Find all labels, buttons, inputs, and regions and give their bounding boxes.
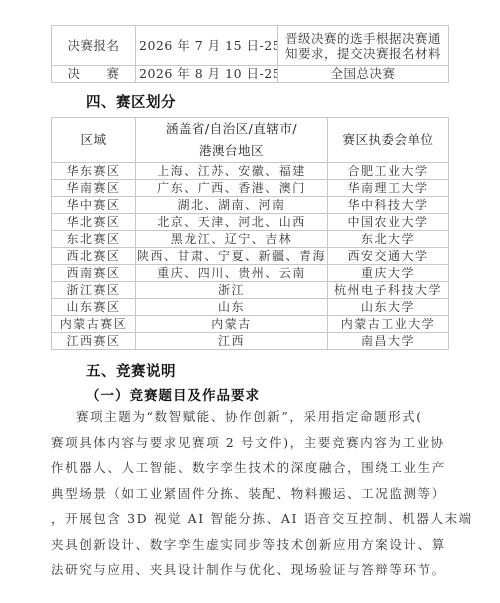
region-cell: 浙江赛区 xyxy=(52,282,136,299)
date-cell: 2026 年 8 月 10 日-25 日 xyxy=(136,66,278,83)
region-cell: 华中赛区 xyxy=(52,197,136,214)
note-cell: 全国总决赛 xyxy=(278,66,449,83)
table-row: 山东赛区 山东 山东大学 xyxy=(52,299,449,316)
column-header-region: 区域 xyxy=(52,118,136,163)
schedule-table: 决赛报名 2026 年 7 月 15 日-25 日 晋级决赛的选手根据决赛通知要… xyxy=(51,25,449,83)
stage-cell: 决赛报名 xyxy=(52,26,136,66)
coverage-cell: 山东 xyxy=(136,299,328,316)
date-cell: 2026 年 7 月 15 日-25 日 xyxy=(136,26,278,66)
region-cell: 东北赛区 xyxy=(52,231,136,248)
region-cell: 山东赛区 xyxy=(52,299,136,316)
table-row: 华东赛区 上海、江苏、安徽、福建 合肥工业大学 xyxy=(52,163,449,180)
committee-cell: 内蒙古工业大学 xyxy=(328,316,449,333)
coverage-cell: 黑龙江、辽宁、吉林 xyxy=(136,231,328,248)
stage-cell: 决 赛 xyxy=(52,66,136,83)
paragraph-line: 夹具创新设计、数字孪生虚实同步等技术创新应用方案设计、算 xyxy=(51,532,451,558)
coverage-cell: 北京、天津、河北、山西 xyxy=(136,214,328,231)
coverage-header-line1: 涵盖省/自治区/直辖市/ xyxy=(136,118,327,140)
column-header-committee: 赛区执委会单位 xyxy=(328,118,449,163)
region-cell: 西北赛区 xyxy=(52,248,136,265)
table-row: 华北赛区 北京、天津、河北、山西 中国农业大学 xyxy=(52,214,449,231)
table-row: 西北赛区 陕西、甘肃、宁夏、新疆、青海 西安交通大学 xyxy=(52,248,449,265)
coverage-cell: 内蒙古 xyxy=(136,316,328,333)
committee-cell: 合肥工业大学 xyxy=(328,163,449,180)
coverage-cell: 广东、广西、香港、澳门 xyxy=(136,180,328,197)
table-row: 内蒙古赛区 内蒙古 内蒙古工业大学 xyxy=(52,316,449,333)
table-header-row: 区域 涵盖省/自治区/直辖市/ 港澳台地区 赛区执委会单位 xyxy=(52,118,449,163)
committee-cell: 重庆大学 xyxy=(328,265,449,282)
region-cell: 西南赛区 xyxy=(52,265,136,282)
committee-cell: 华南理工大学 xyxy=(328,180,449,197)
coverage-cell: 江西 xyxy=(136,333,328,350)
coverage-header-line2: 港澳台地区 xyxy=(136,140,327,162)
region-cell: 华东赛区 xyxy=(52,163,136,180)
paragraph-line: 法研究与应用、夹具设计制作与优化、现场验证与答辩等环节。 xyxy=(51,557,451,583)
table-row: 东北赛区 黑龙江、辽宁、吉林 东北大学 xyxy=(52,231,449,248)
subsection-heading-topics: （一）竞赛题目及作品要求 xyxy=(86,384,260,404)
table-row: 华中赛区 湖北、湖南、河南 华中科技大学 xyxy=(52,197,449,214)
table-row: 华南赛区 广东、广西、香港、澳门 华南理工大学 xyxy=(52,180,449,197)
paragraph-line: 赛项主题为“数智赋能、协作创新”，采用指定命题形式( xyxy=(51,404,451,430)
table-row: 决赛报名 2026 年 7 月 15 日-25 日 晋级决赛的选手根据决赛通知要… xyxy=(52,26,449,66)
committee-cell: 山东大学 xyxy=(328,299,449,316)
body-paragraph: 赛项主题为“数智赋能、协作创新”，采用指定命题形式( 赛项具体内容与要求见赛项 … xyxy=(51,404,451,583)
paragraph-line: 典型场景（如工业紧固件分拣、装配、物料搬运、工况监测等） xyxy=(51,481,451,507)
coverage-cell: 浙江 xyxy=(136,282,328,299)
coverage-cell: 湖北、湖南、河南 xyxy=(136,197,328,214)
section-heading-regions: 四、赛区划分 xyxy=(86,91,176,112)
paragraph-line: 赛项具体内容与要求见赛项 2 号文件)，主要竞赛内容为工业协 xyxy=(51,430,451,456)
table-row: 决 赛 2026 年 8 月 10 日-25 日 全国总决赛 xyxy=(52,66,449,83)
region-cell: 华北赛区 xyxy=(52,214,136,231)
table-row: 江西赛区 江西 南昌大学 xyxy=(52,333,449,350)
committee-cell: 东北大学 xyxy=(328,231,449,248)
region-cell: 内蒙古赛区 xyxy=(52,316,136,333)
committee-cell: 南昌大学 xyxy=(328,333,449,350)
section-heading-competition-notes: 五、竞赛说明 xyxy=(86,360,176,381)
table-row: 西南赛区 重庆、四川、贵州、云南 重庆大学 xyxy=(52,265,449,282)
coverage-cell: 陕西、甘肃、宁夏、新疆、青海 xyxy=(136,248,328,265)
committee-cell: 中国农业大学 xyxy=(328,214,449,231)
paragraph-line: ，开展包含 3D 视觉 AI 智能分拣、AI 语音交互控制、机器人末端 xyxy=(51,506,451,532)
coverage-cell: 重庆、四川、贵州、云南 xyxy=(136,265,328,282)
column-header-coverage: 涵盖省/自治区/直辖市/ 港澳台地区 xyxy=(136,118,328,163)
table-row: 浙江赛区 浙江 杭州电子科技大学 xyxy=(52,282,449,299)
committee-cell: 华中科技大学 xyxy=(328,197,449,214)
coverage-cell: 上海、江苏、安徽、福建 xyxy=(136,163,328,180)
paragraph-line: 作机器人、人工智能、数字孪生技术的深度融合，围绕工业生产 xyxy=(51,455,451,481)
region-cell: 江西赛区 xyxy=(52,333,136,350)
committee-cell: 西安交通大学 xyxy=(328,248,449,265)
committee-cell: 杭州电子科技大学 xyxy=(328,282,449,299)
note-cell: 晋级决赛的选手根据决赛通知要求，提交决赛报名材料 xyxy=(278,26,449,66)
region-table: 区域 涵盖省/自治区/直辖市/ 港澳台地区 赛区执委会单位 华东赛区 上海、江苏… xyxy=(51,117,449,350)
region-cell: 华南赛区 xyxy=(52,180,136,197)
